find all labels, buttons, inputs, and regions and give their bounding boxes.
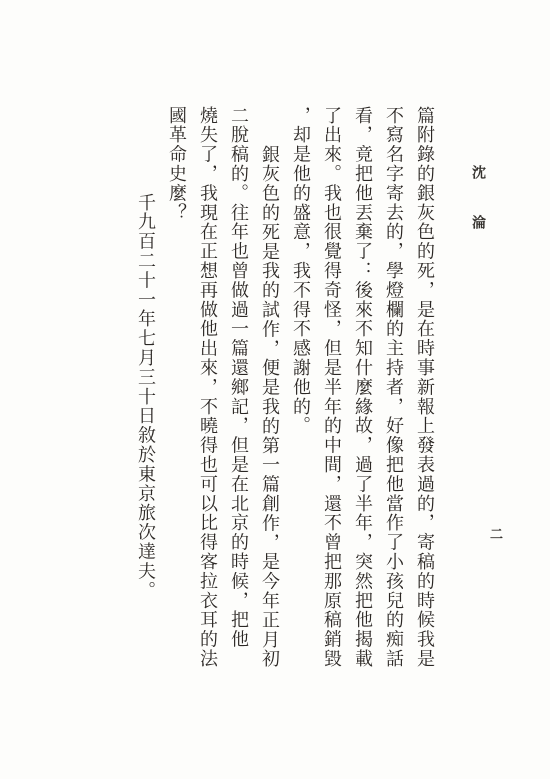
text-column-8: 燒失了，我現在正想再做他出來，不曉得也可以比得客拉衣耳的法 bbox=[192, 106, 223, 678]
text-column-5: ，却是他的盛意，我不得不感謝他的。 bbox=[285, 106, 316, 678]
running-title: 沈淪 bbox=[468, 165, 488, 265]
text-column-9: 國革命史麼？ bbox=[161, 106, 192, 678]
page-number: 二 bbox=[485, 527, 504, 540]
text-column-4: 了出來。我也很覺得奇怪，但是半年的中間，還不曾把那原稿銷毀 bbox=[316, 106, 347, 678]
preface-text-block: 篇附錄的銀灰色的死，是在時事新報上發表過的，寄稿的時候我是 不寫名字寄去的，學燈… bbox=[130, 106, 440, 678]
text-column-2: 不寫名字寄去的，學燈欄的主持者，好像把他當作了小孩兒的痴話 bbox=[378, 106, 409, 678]
text-column-1: 篇附錄的銀灰色的死，是在時事新報上發表過的，寄稿的時候我是 bbox=[409, 106, 440, 678]
text-column-3: 看，竟把他丟棄了：後來不知什麼緣故，過了半年，突然把他揭載 bbox=[347, 106, 378, 678]
text-column-6: 銀灰色的死是我的試作，便是我的第一篇創作，是今年正月初 bbox=[254, 106, 285, 678]
book-page: 沈淪 二 篇附錄的銀灰色的死，是在時事新報上發表過的，寄稿的時候我是 不寫名字寄… bbox=[0, 0, 550, 779]
signature-dateline-column: 千九百二十一年七月三十日敘於東京旅次達夫。 bbox=[130, 106, 161, 678]
text-column-7: 二脫稿的。往年也曾做過一篇還鄉記，但是在北京的時候，把他 bbox=[223, 106, 254, 678]
